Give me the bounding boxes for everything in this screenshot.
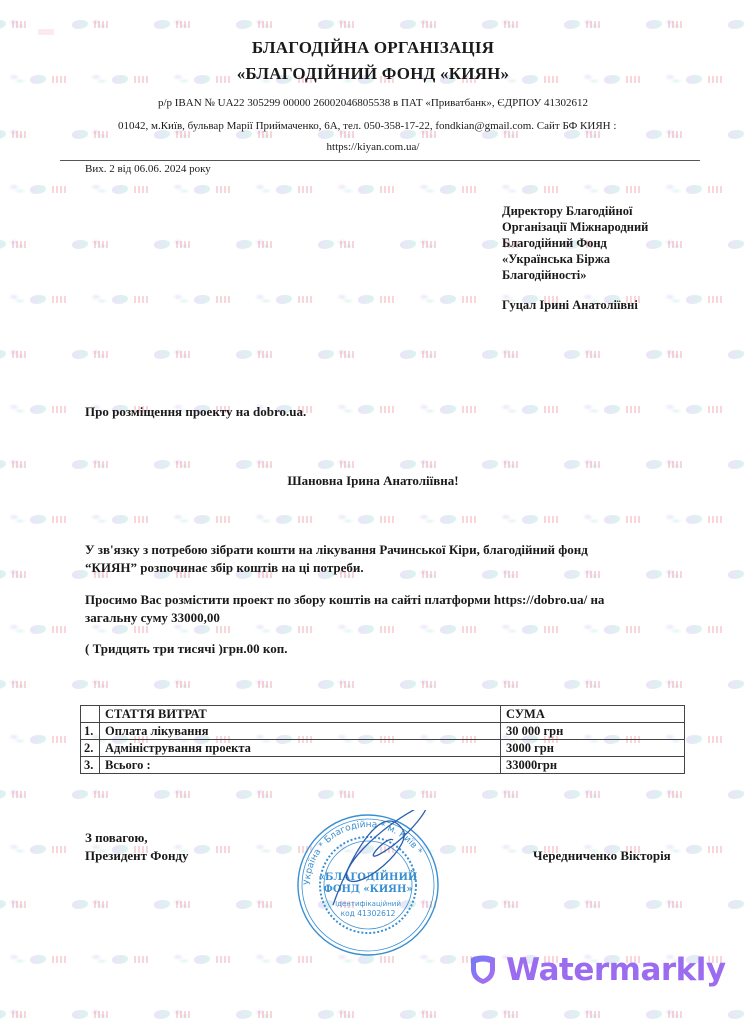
table-row: 1. Оплата лікування 30 000 грн <box>81 723 685 740</box>
watermark-tile <box>482 1008 522 1022</box>
watermark-tile <box>154 678 194 692</box>
watermark-tile <box>564 458 604 472</box>
watermark-tile <box>72 18 112 32</box>
watermark-tile <box>564 18 604 32</box>
watermark-tile <box>0 788 30 802</box>
watermark-tile <box>112 183 152 197</box>
brand-name: Watermarkly <box>506 952 726 988</box>
watermark-tile <box>604 403 644 417</box>
watermark-tile <box>564 348 604 362</box>
watermark-tile <box>646 238 686 252</box>
addressee-line: Директору Благодійної <box>502 203 648 219</box>
watermark-tile <box>236 18 276 32</box>
watermark-tile <box>72 458 112 472</box>
watermark-tile <box>728 568 746 582</box>
header-amount: СУМА <box>501 706 685 723</box>
watermark-tile <box>318 1008 358 1022</box>
table-header-row: СТАТТЯ ВИТРАТ СУМА <box>81 706 685 723</box>
watermark-tile <box>646 18 686 32</box>
watermark-tile <box>112 513 152 527</box>
watermark-tile <box>358 403 398 417</box>
watermark-tile <box>440 843 480 857</box>
watermark-tile <box>0 348 30 362</box>
watermark-tile <box>236 348 276 362</box>
watermark-tile <box>0 678 30 692</box>
body-line: “КИЯН” розпочинає збір коштів на ці потр… <box>85 559 705 577</box>
watermark-tile <box>728 458 746 472</box>
row-amount: 3000 грн <box>501 740 685 757</box>
watermark-tile <box>0 238 30 252</box>
watermark-tile <box>646 348 686 362</box>
watermark-tile <box>482 458 522 472</box>
watermark-tile <box>236 458 276 472</box>
watermark-tile <box>318 348 358 362</box>
watermark-tile <box>30 623 70 637</box>
watermark-tile <box>0 128 30 142</box>
watermark-tile <box>236 1008 276 1022</box>
watermark-tile <box>0 1008 30 1022</box>
body-line: загальну суму 33000,00 <box>85 609 705 627</box>
row-amount: 30 000 грн <box>501 723 685 740</box>
watermark-tile <box>318 788 358 802</box>
header-divider <box>60 160 700 161</box>
watermark-tile <box>318 678 358 692</box>
watermark-tile <box>400 238 440 252</box>
watermark-tile <box>646 1008 686 1022</box>
watermark-tile <box>728 1008 746 1022</box>
watermark-tile <box>236 238 276 252</box>
watermark-tile <box>0 898 30 912</box>
watermark-tile <box>318 18 358 32</box>
watermark-tile <box>30 183 70 197</box>
watermark-tile <box>604 513 644 527</box>
addressee-line: Благодійний Фонд <box>502 235 648 251</box>
table-row: 3. Всього : 33000грн <box>81 757 685 774</box>
watermark-tile <box>30 293 70 307</box>
website-link: https://kiyan.com.ua/ <box>0 141 746 153</box>
watermark-tile <box>728 788 746 802</box>
watermark-tile <box>400 348 440 362</box>
stamp-id-label: Ідентифікаційний <box>335 900 401 908</box>
org-title-line1: БЛАГОДІЙНА ОРГАНІЗАЦІЯ <box>0 38 746 58</box>
watermark-tile <box>30 403 70 417</box>
watermark-tile <box>564 788 604 802</box>
watermark-tile <box>522 183 562 197</box>
watermark-tile <box>686 293 726 307</box>
watermark-tile <box>440 513 480 527</box>
organization-stamp: Україна * Благодійна * м. Київ * «БЛАГОД… <box>293 810 443 960</box>
header-num <box>81 706 100 723</box>
watermark-tile <box>194 843 234 857</box>
watermark-tile <box>154 348 194 362</box>
watermark-tile <box>522 513 562 527</box>
watermark-tile <box>72 898 112 912</box>
watermark-tile <box>30 733 70 747</box>
org-title-line2: «БЛАГОДІЙНИЙ ФОНД «КИЯН» <box>0 64 746 84</box>
watermark-tile <box>482 898 522 912</box>
watermark-tile <box>154 1008 194 1022</box>
signer-position: Президент Фонду <box>85 847 189 865</box>
watermark-tile <box>400 458 440 472</box>
body-paragraph-1: У зв'язку з потребою зібрати кошти на лі… <box>85 541 705 577</box>
watermark-tile <box>72 1008 112 1022</box>
address-contacts: 01042, м.Київ, бульвар Марії Приймаченко… <box>118 120 746 132</box>
watermark-tile <box>72 128 112 142</box>
watermark-tile <box>276 513 316 527</box>
watermark-tile <box>400 788 440 802</box>
watermark-tile <box>276 183 316 197</box>
watermark-tile <box>358 513 398 527</box>
watermark-tile <box>728 18 746 32</box>
watermark-tile <box>154 458 194 472</box>
row-item: Оплата лікування <box>100 723 501 740</box>
row-item: Адміністрування проекта <box>100 740 501 757</box>
costs-table: СТАТТЯ ВИТРАТ СУМА 1. Оплата лікування 3… <box>80 705 685 774</box>
watermark-tile <box>564 678 604 692</box>
watermark-tile <box>236 898 276 912</box>
watermark-tile <box>30 513 70 527</box>
amount-in-words: ( Тридцять три тисячі )грн.00 коп. <box>85 640 287 658</box>
watermark-tile <box>728 898 746 912</box>
addressee-line: Організації Міжнародний <box>502 219 648 235</box>
watermark-tile <box>30 843 70 857</box>
watermark-tile <box>646 788 686 802</box>
body-paragraph-2: Просимо Вас розмістити проект по збору к… <box>85 591 705 627</box>
watermark-tile <box>440 183 480 197</box>
watermark-tile <box>728 678 746 692</box>
body-line: Просимо Вас розмістити проект по збору к… <box>85 591 705 609</box>
watermark-tile <box>482 678 522 692</box>
watermark-tile <box>0 458 30 472</box>
salutation: Шановна Ірина Анатоліївна! <box>0 472 746 490</box>
watermark-tile <box>154 898 194 912</box>
addressee-line: Благодійності» <box>502 267 648 283</box>
watermarkly-branding: Watermarkly <box>468 952 726 988</box>
watermark-tile <box>154 788 194 802</box>
watermark-tile <box>0 568 30 582</box>
watermark-tile <box>0 18 30 32</box>
watermark-tile <box>686 403 726 417</box>
closing-block: З повагою, Президент Фонду <box>85 829 189 865</box>
outgoing-reference: Вих. 2 від 06.06. 2024 року <box>85 163 211 175</box>
stamp-id-code: код 41302612 <box>341 909 396 918</box>
addressee-block: Директору Благодійної Організації Міжнар… <box>502 203 648 313</box>
watermark-tile <box>72 348 112 362</box>
watermark-tile <box>30 953 70 967</box>
watermark-tile <box>72 788 112 802</box>
row-item: Всього : <box>100 757 501 774</box>
letter-subject: Про розміщення проекту на dobro.ua. <box>85 403 306 421</box>
row-num: 2. <box>81 740 100 757</box>
bank-details: р/р IBAN № UA22 305299 00000 26002046805… <box>0 97 746 109</box>
watermark-tile <box>482 348 522 362</box>
row-num: 3. <box>81 757 100 774</box>
watermark-tile <box>686 183 726 197</box>
watermark-tile <box>194 953 234 967</box>
table-row: 2. Адміністрування проекта 3000 грн <box>81 740 685 757</box>
shield-icon <box>468 954 498 986</box>
watermark-tile <box>440 403 480 417</box>
watermark-tile <box>686 843 726 857</box>
watermark-tile <box>646 458 686 472</box>
watermark-tile <box>112 293 152 307</box>
watermark-tile <box>194 293 234 307</box>
row-num: 1. <box>81 723 100 740</box>
watermark-tile <box>276 293 316 307</box>
watermark-tile <box>112 953 152 967</box>
body-line: У зв'язку з потребою зібрати кошти на лі… <box>85 541 705 559</box>
watermark-tile <box>72 238 112 252</box>
watermark-tile <box>358 293 398 307</box>
watermark-tile <box>728 348 746 362</box>
watermark-tile <box>318 238 358 252</box>
watermark-tile <box>400 678 440 692</box>
watermark-tile <box>236 678 276 692</box>
watermark-tile <box>686 513 726 527</box>
watermark-tile <box>564 1008 604 1022</box>
watermark-tile <box>318 458 358 472</box>
watermark-tile <box>400 18 440 32</box>
row-amount: 33000грн <box>501 757 685 774</box>
watermark-tile <box>646 678 686 692</box>
watermark-tile <box>522 403 562 417</box>
watermark-tile <box>154 18 194 32</box>
watermark-tile <box>72 678 112 692</box>
watermark-tile <box>400 1008 440 1022</box>
watermark-tile <box>236 788 276 802</box>
watermark-tile <box>194 183 234 197</box>
closing-phrase: З повагою, <box>85 829 189 847</box>
addressee-name: Гуцал Ірині Анатоліївні <box>502 297 648 313</box>
header-item: СТАТТЯ ВИТРАТ <box>100 706 501 723</box>
watermark-tile <box>686 733 726 747</box>
watermark-tile <box>564 898 604 912</box>
watermark-tile <box>604 183 644 197</box>
watermark-tile <box>440 293 480 307</box>
watermark-tile <box>482 18 522 32</box>
watermark-tile <box>728 238 746 252</box>
watermark-tile <box>482 788 522 802</box>
watermark-tile <box>646 898 686 912</box>
watermark-tile <box>194 513 234 527</box>
addressee-line: «Українська Біржа <box>502 251 648 267</box>
watermark-tile <box>358 183 398 197</box>
watermark-tile <box>154 238 194 252</box>
signer-name: Чередниченко Вікторія <box>533 847 671 865</box>
